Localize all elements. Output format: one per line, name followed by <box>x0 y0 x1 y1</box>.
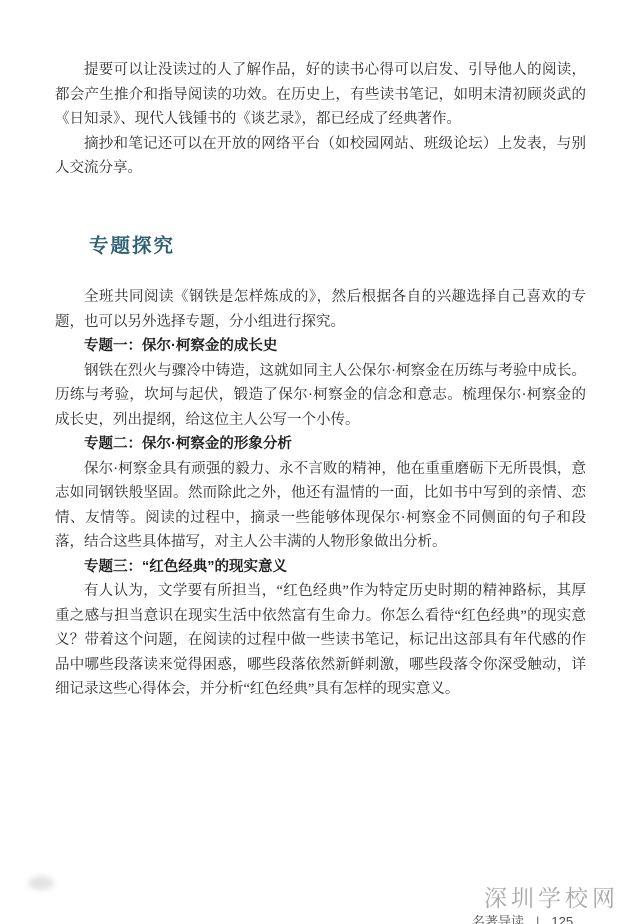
topic-3-body: 有人认为，文学要有所担当，“红色经典”作为特定历史时期的精神路标，其厚重之感与担… <box>55 579 586 702</box>
scan-artifact <box>28 876 54 890</box>
topic-3-title: 专题三：“红色经典”的现实意义 <box>55 555 586 580</box>
topic-1-body: 钢铁在烈火与骤冷中铸造，这就如同主人公保尔·柯察金在历练与考验中成长。历练与考验… <box>55 359 586 433</box>
footer-separator: | <box>536 914 539 924</box>
textbook-page: 提要可以让没读过的人了解作品，好的读书心得可以启发、引导他人的阅读，都会产生推介… <box>0 0 640 924</box>
page-content: 提要可以让没读过的人了解作品，好的读书心得可以启发、引导他人的阅读，都会产生推介… <box>55 58 586 702</box>
watermark: 深圳学校网 <box>484 880 619 913</box>
intro-paragraph-1: 提要可以让没读过的人了解作品，好的读书心得可以启发、引导他人的阅读，都会产生推介… <box>55 58 586 132</box>
topic-2-body: 保尔·柯察金具有顽强的毅力、永不言败的精神，他在重重磨砺下无所畏惧，意志如同钢铁… <box>55 457 586 555</box>
footer-section-label: 名著导读 <box>472 914 524 924</box>
intro-paragraph-2: 摘抄和笔记还可以在开放的网络平台（如校园网站、班级论坛）上发表，与别人交流分享。 <box>55 132 586 181</box>
section-heading: 专题探究 <box>89 234 586 259</box>
footer-page-number: 125 <box>551 914 573 924</box>
page-footer: 名著导读|125 <box>472 911 573 924</box>
section-lead: 全班共同阅读《钢铁是怎样炼成的》，然后根据各自的兴趣选择自己喜欢的专题，也可以另… <box>55 285 586 334</box>
topic-2-title: 专题二：保尔·柯察金的形象分析 <box>55 432 586 457</box>
topic-1-title: 专题一：保尔·柯察金的成长史 <box>55 334 586 359</box>
